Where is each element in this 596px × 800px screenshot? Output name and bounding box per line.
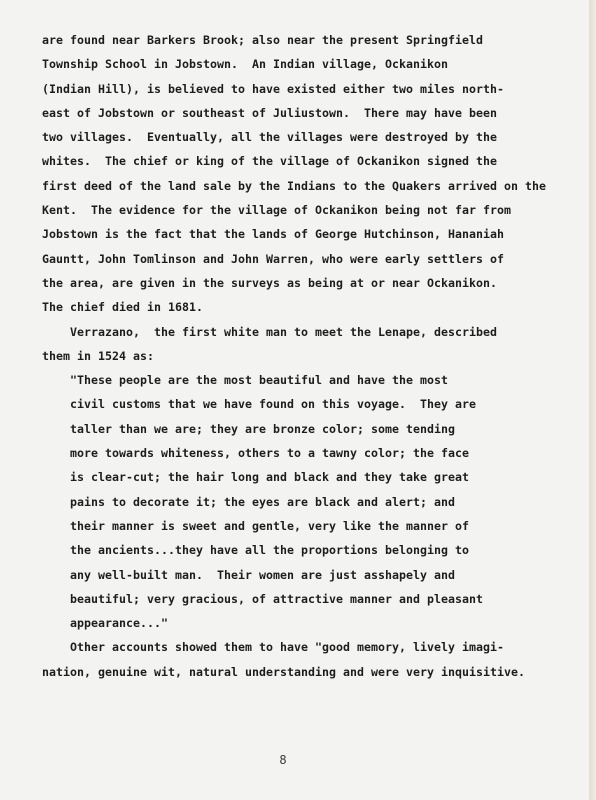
quote-line: the ancients...they have all the proport…: [42, 538, 582, 562]
quote-line: beautiful; very gracious, of attractive …: [42, 587, 582, 611]
quote-line: pains to decorate it; the eyes are black…: [42, 490, 582, 514]
quote-line: appearance...": [42, 611, 582, 635]
paragraph-2: Verrazano, the first white man to meet t…: [42, 320, 582, 369]
text-line: Township School in Jobstown. An Indian v…: [42, 52, 582, 76]
paragraph-1: are found near Barkers Brook; also near …: [42, 28, 582, 320]
block-quote: "These people are the most beautiful and…: [42, 368, 582, 635]
page-number: 8: [0, 753, 566, 767]
quote-line: their manner is sweet and gentle, very l…: [42, 514, 582, 538]
page-edge: [589, 0, 596, 800]
quote-line: taller than we are; they are bronze colo…: [42, 417, 582, 441]
text-line: first deed of the land sale by the India…: [42, 174, 582, 198]
text-line: Jobstown is the fact that the lands of G…: [42, 222, 582, 246]
quote-line: "These people are the most beautiful and…: [42, 368, 582, 392]
quote-line: any well-built man. Their women are just…: [42, 563, 582, 587]
text-line: nation, genuine wit, natural understandi…: [42, 660, 582, 684]
text-line: are found near Barkers Brook; also near …: [42, 28, 582, 52]
paragraph-3: Other accounts showed them to have "good…: [42, 635, 582, 684]
text-line: The chief died in 1681.: [42, 295, 582, 319]
text-line: two villages. Eventually, all the villag…: [42, 125, 582, 149]
text-line: Verrazano, the first white man to meet t…: [42, 320, 582, 344]
text-line: them in 1524 as:: [42, 344, 582, 368]
text-line: whites. The chief or king of the village…: [42, 149, 582, 173]
document-body: are found near Barkers Brook; also near …: [42, 28, 582, 684]
text-line: the area, are given in the surveys as be…: [42, 271, 582, 295]
text-line: east of Jobstown or southeast of Juliust…: [42, 101, 582, 125]
text-line: Other accounts showed them to have "good…: [42, 635, 582, 659]
quote-line: civil customs that we have found on this…: [42, 392, 582, 416]
text-line: Kent. The evidence for the village of Oc…: [42, 198, 582, 222]
text-line: (Indian Hill), is believed to have exist…: [42, 77, 582, 101]
text-line: Gauntt, John Tomlinson and John Warren, …: [42, 247, 582, 271]
quote-line: is clear-cut; the hair long and black an…: [42, 465, 582, 489]
document-page: are found near Barkers Brook; also near …: [0, 0, 590, 800]
quote-line: more towards whiteness, others to a tawn…: [42, 441, 582, 465]
